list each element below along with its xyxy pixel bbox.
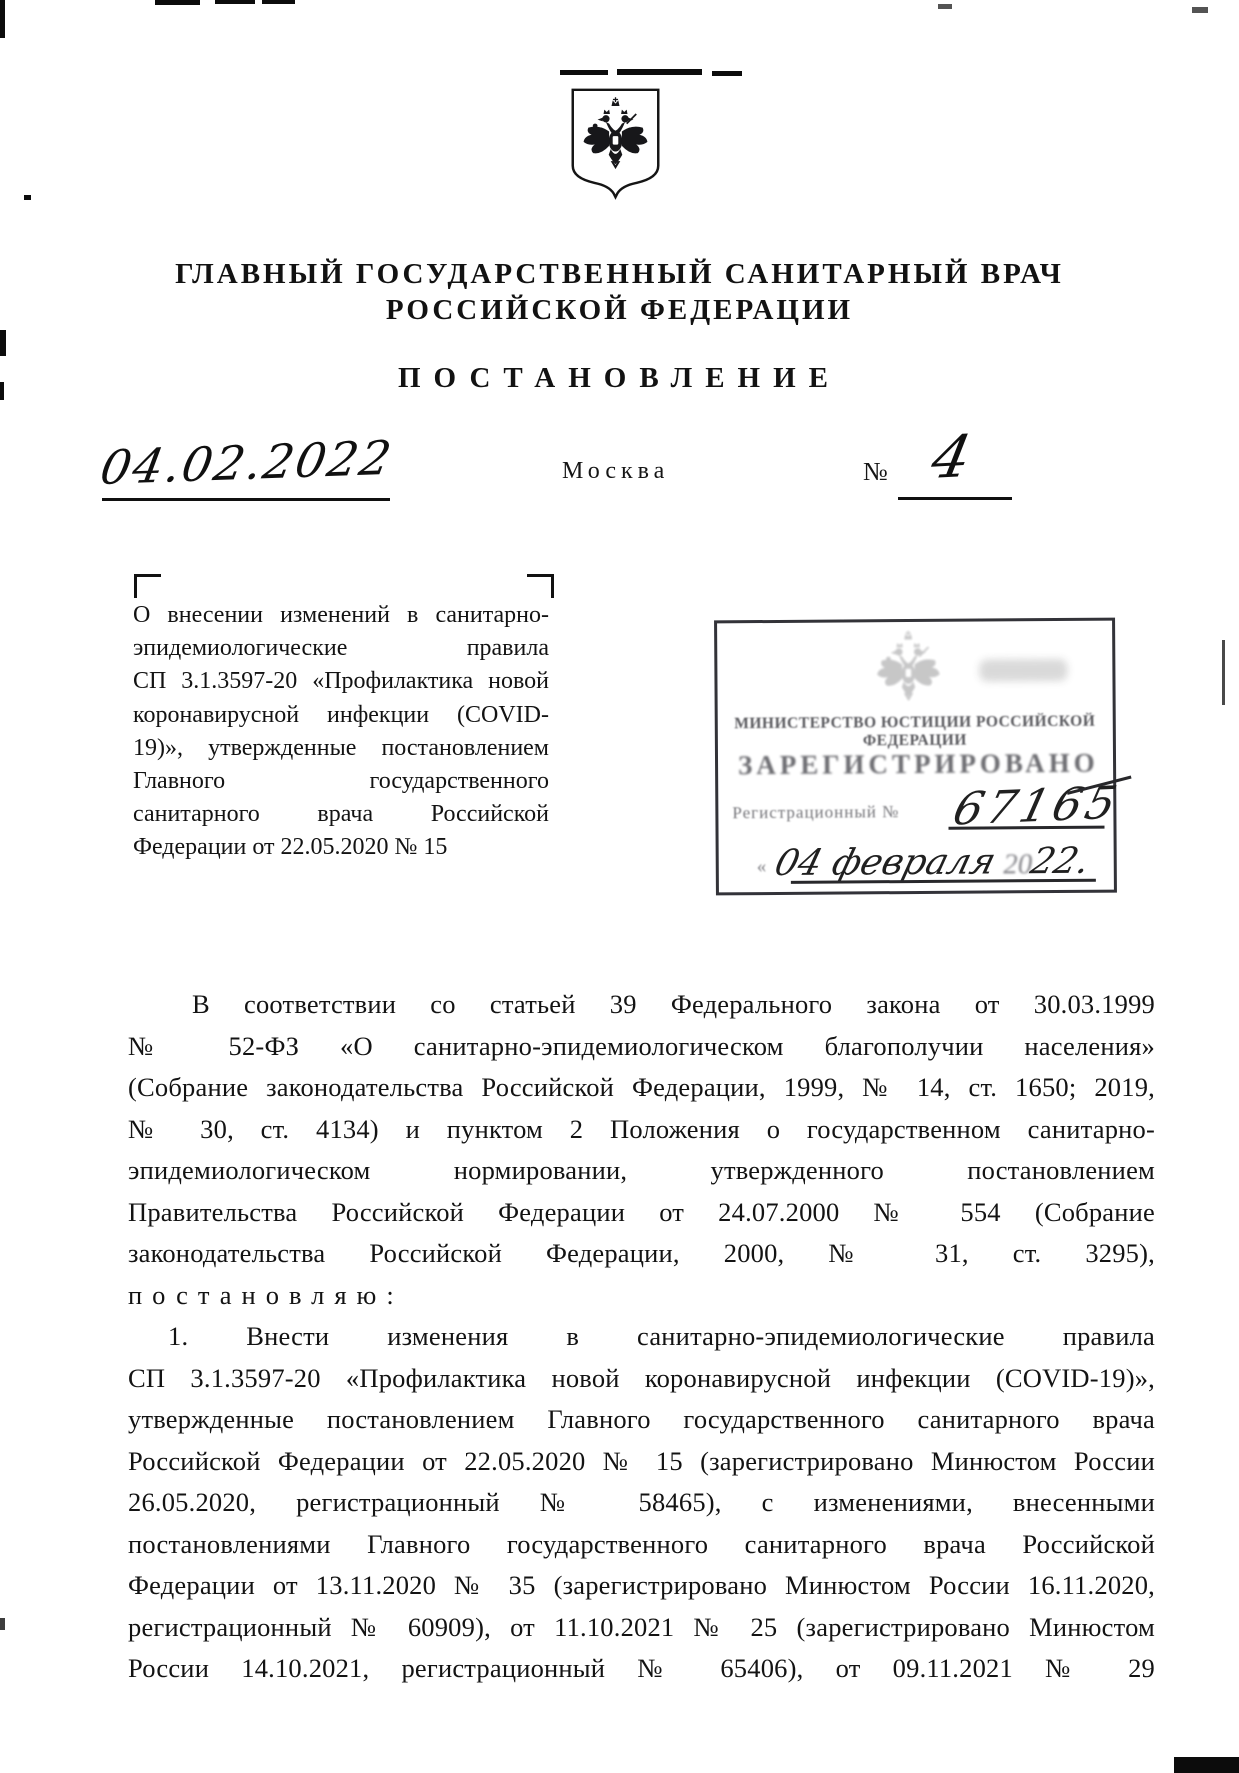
scan-mark — [262, 0, 295, 4]
stamp-date-day-month-handwritten: 04 февраля — [770, 841, 1000, 884]
body-line: Федерации от 13.11.2020 № 35 (зарегистри… — [128, 1565, 1155, 1607]
scan-mark — [24, 195, 31, 200]
body-line: регистрационный № 60909), от 11.10.2021 … — [128, 1607, 1155, 1649]
body-line: В соответствии со статьей 39 Федеральног… — [128, 984, 1155, 1026]
scan-mark — [1192, 7, 1208, 13]
body-line: Правительства Российской Федерации от 24… — [128, 1192, 1155, 1234]
scan-mark — [0, 0, 5, 38]
scan-mark — [0, 330, 6, 356]
body-paragraph: В соответствии со статьей 39 Федеральног… — [128, 984, 1155, 1690]
stamp-date-line: « 04 февраля 2022. — [757, 840, 1090, 884]
document-type-title: ПОСТАНОВЛЕНИЕ — [0, 362, 1239, 395]
body-line: № 52-ФЗ «О санитарно-эпидемиологическом … — [128, 1026, 1155, 1068]
body-line: России 14.10.2021, регистрационный № 654… — [128, 1648, 1155, 1690]
subject-block: О внесении изменений в санитарно- эпидем… — [133, 599, 549, 865]
body-line: 1. Внести изменения в санитарно-эпидемио… — [128, 1316, 1155, 1358]
body-line: утвержденные постановлением Главного гос… — [128, 1399, 1155, 1441]
body-line: законодательства Российской Федерации, 2… — [128, 1233, 1155, 1275]
handwritten-date: 04.02.2022 — [96, 431, 397, 496]
stamp-faded-text-smudge — [979, 659, 1067, 682]
scan-mark — [1222, 640, 1225, 705]
corner-bracket-left — [134, 574, 161, 598]
scan-mark — [712, 71, 742, 76]
subject-line: эпидемиологические правила — [133, 632, 549, 665]
scan-mark — [155, 0, 200, 5]
subject-line: СП 3.1.3597-20 «Профилактика новой — [133, 665, 549, 698]
scan-mark — [215, 0, 255, 4]
coat-of-arms-icon — [568, 82, 663, 204]
handwritten-number: 4 — [926, 422, 977, 492]
body-line: (Собрание законодательства Российской Фе… — [128, 1067, 1155, 1109]
corner-bracket-right — [527, 574, 554, 598]
authority-line-1: ГЛАВНЫЙ ГОСУДАРСТВЕННЫЙ САНИТАРНЫЙ ВРАЧ — [0, 258, 1239, 291]
stamp-reg-number-label: Регистрационный № — [732, 802, 899, 823]
body-line-resolve: постановляю: — [128, 1275, 1155, 1317]
body-line: эпидемиологическом нормировании, утвержд… — [128, 1150, 1155, 1192]
body-line: № 30, ст. 4134) и пунктом 2 Положения о … — [128, 1109, 1155, 1151]
scan-mark — [617, 69, 702, 75]
stamp-eagle-icon — [869, 630, 948, 709]
stamp-date-quote: « — [757, 856, 767, 878]
scan-mark — [0, 1618, 5, 1630]
scan-mark — [560, 70, 608, 75]
authority-line-2: РОССИЙСКОЙ ФЕДЕРАЦИИ — [0, 294, 1239, 327]
subject-line: коронавирусной инфекции (COVID- — [133, 699, 549, 732]
stamp-registered-label: ЗАРЕГИСТРИРОВАНО — [738, 748, 1053, 781]
scan-mark — [938, 4, 952, 9]
registration-stamp: МИНИСТЕРСТВО ЮСТИЦИИ РОССИЙСКОЙ ФЕДЕРАЦИ… — [714, 618, 1117, 896]
number-underline — [898, 497, 1012, 500]
body-line: СП 3.1.3597-20 «Профилактика новой корон… — [128, 1358, 1155, 1400]
body-line: постановлениями Главного государственног… — [128, 1524, 1155, 1566]
city-label: Москва — [562, 458, 669, 485]
stamp-date-year-handwritten: 22. — [1027, 841, 1095, 882]
subject-line: О внесении изменений в санитарно- — [133, 599, 549, 632]
date-underline — [102, 498, 390, 501]
subject-line: санитарного врача Российской — [133, 798, 549, 831]
subject-line: 19)», утвержденные постановлением — [133, 732, 549, 765]
number-sign: № — [863, 457, 888, 487]
scanned-document-page: { "page": { "ink_color": "#161616", "sta… — [0, 0, 1239, 1773]
subject-line: Главного государственного — [133, 765, 549, 798]
body-line: 26.05.2020, регистрационный № 58465), с … — [128, 1482, 1155, 1524]
body-line: Российской Федерации от 22.05.2020 № 15 … — [128, 1441, 1155, 1483]
scan-mark — [1174, 1757, 1239, 1773]
subject-line: Федерации от 22.05.2020 № 15 — [133, 831, 549, 864]
stamp-ministry-line: МИНИСТЕРСТВО ЮСТИЦИИ РОССИЙСКОЙ ФЕДЕРАЦИ… — [726, 713, 1104, 752]
